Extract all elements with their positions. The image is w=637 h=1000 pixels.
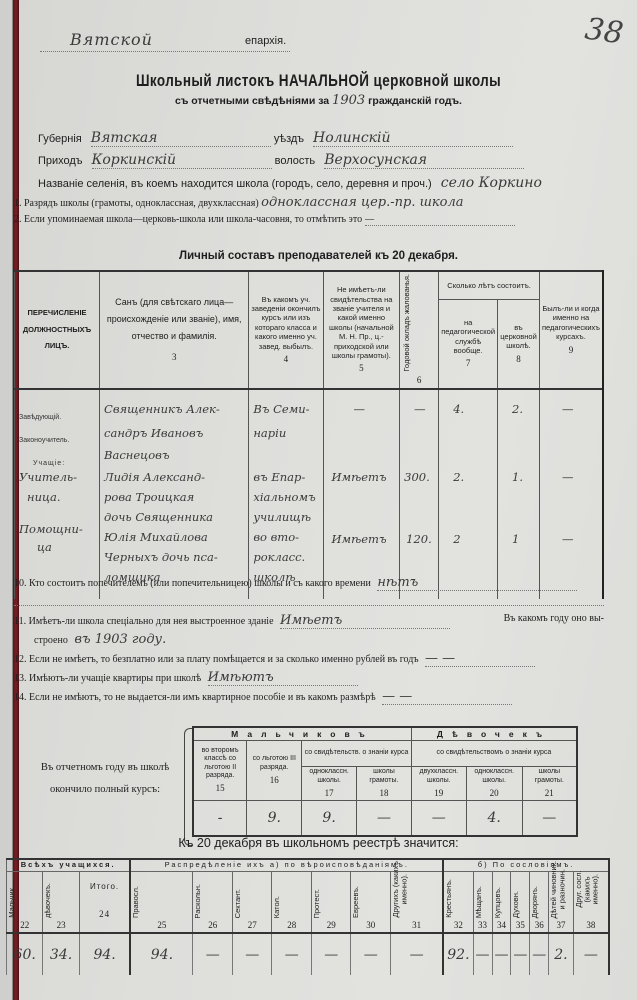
question-11-year: строено въ 1903 году.	[34, 632, 624, 648]
grad-col-20: одноклассн. школы.20	[466, 767, 522, 801]
church-school-label: 2. Если упоминаемая школа—церковь-школа …	[14, 214, 362, 225]
reg-col-32: Крестьянъ.32	[443, 871, 473, 933]
settlement-row: Названіе селенія, въ коемъ находится шко…	[38, 175, 637, 193]
grad-col-21: школы грамоты.21	[522, 767, 577, 801]
page-number: 38	[583, 12, 626, 52]
gubernia-value: Вятская	[91, 130, 271, 147]
question-11-year-value: въ 1903 году.	[74, 632, 166, 647]
grad-col-15: во второмъ классѣ со льготою II разряда.…	[193, 741, 247, 801]
eparchy-value: Вятской	[70, 30, 153, 49]
question-12: 12. Если не имѣетъ, то безплатно или за …	[14, 651, 604, 667]
grad-col-16: со льготою III разряда.16	[247, 741, 302, 801]
grad-col-18: школы грамоты.18	[357, 767, 412, 801]
registry-values-row: 60. 34. 94. 94. — — — — — — 92. — — — — …	[7, 933, 610, 975]
document-page: Вятской епархія. 38 Школьный листокъ НАЧ…	[0, 0, 637, 1000]
names-cell: Священникъ Алек- сандръ Ивановъ Васнецов…	[100, 389, 249, 599]
header-education: Въ какомъ уч. заведеніи окончилъ курсъ и…	[249, 271, 323, 389]
question-14-value: — —	[382, 689, 512, 705]
header-years-total: на педагогической службѣ вообще.7	[439, 299, 498, 389]
group-all-students: Всѣхъ учащихся.	[7, 859, 131, 871]
volost-value: Верхосунская	[324, 152, 524, 169]
volost-label: волость	[275, 155, 316, 167]
prikhod-label: Приходъ	[38, 155, 82, 167]
staff-rows: Завѣдующій. Законоучитель. Учащіе: Учите…	[15, 389, 604, 599]
settlement-value: село Коркино	[441, 175, 542, 191]
settlement-label: Названіе селенія, въ коемъ находится шко…	[38, 178, 432, 190]
church-school-value: —	[365, 214, 515, 226]
brace	[184, 728, 192, 846]
reg-col-38: Друг. сосл. (какихъ именно).38	[573, 871, 609, 933]
question-10-continuation-line	[14, 600, 604, 606]
question-11: 11. Имѣетъ-ли школа спеціально для нея в…	[14, 613, 604, 629]
reg-col-33: Мѣщанъ.33	[473, 871, 492, 933]
school-category-label: 1. Разрядъ школы (грамоты, одноклассная,…	[14, 198, 259, 209]
question-13: 13. Имѣютъ-ли учащіе квартиры при школѣ …	[14, 670, 604, 686]
boys-header: Мальчиковъ	[193, 727, 411, 741]
graduates-values-row: - 9. 9. — — 4. —	[193, 800, 577, 836]
uezd-label: уѣздъ	[274, 133, 304, 145]
header-years-church: въ церковной школѣ.8	[498, 299, 540, 389]
question-10: 10. Кто состоитъ попечителемъ (или попеч…	[14, 575, 604, 591]
document-subtitle: съ отчетными свѣдѣніями за 1903 гражданс…	[0, 93, 637, 108]
document-title: Школьный листокъ НАЧАЛЬНОЙ церковной шко…	[0, 71, 637, 90]
reg-col-30: Евреевъ.30	[351, 871, 391, 933]
school-category-value: одноклассная цер.-пр. школа	[261, 195, 463, 210]
question-11-value: Имѣетъ	[280, 613, 450, 629]
reg-col-37: Дѣтей чиновник. и разночин.37	[549, 871, 574, 933]
years-church-cell: 2. 1. 1	[498, 389, 540, 599]
prikhod-value: Коркинскій	[92, 152, 272, 169]
report-year: 1903	[332, 93, 365, 108]
reg-col-25: Правосл.25	[130, 871, 193, 933]
reg-col-28: Катол.28	[272, 871, 312, 933]
header-years: Сколько лѣтъ состоитъ.	[439, 271, 540, 299]
reg-col-27: Сектант.27	[232, 871, 272, 933]
reg-col-35: Духовн.35	[511, 871, 530, 933]
reg-col-22: Мальчик.22	[7, 871, 43, 933]
registry-table: Всѣхъ учащихся. Распредѣленіе ихъ а) по …	[6, 858, 610, 975]
certificate-cell: — Имѣетъ Имѣетъ	[323, 389, 400, 599]
reg-col-24: Итого.24	[79, 871, 130, 933]
question-10-value: нѣтъ	[377, 575, 577, 591]
header-name: Санъ (для свѣтскаго лица—происхожденіе и…	[100, 271, 249, 389]
grad-col-17: одноклассн. школы.17	[302, 767, 357, 801]
header-positions: ПЕРЕЧИСЛЕНІЕ ДОЛЖНОСТНЫХЪ ЛИЦЪ.	[15, 271, 100, 389]
staff-table: ПЕРЕЧИСЛЕНІЕ ДОЛЖНОСТНЫХЪ ЛИЦЪ. Санъ (дл…	[14, 270, 604, 599]
question-12-value: — —	[425, 651, 535, 667]
question-14: 14. Если не имѣютъ, то не выдается-ли им…	[14, 689, 604, 705]
reg-col-31: Другихъ (какихъ именно).31	[390, 871, 443, 933]
registry-section-title: Къ 20 декабря въ школьномъ реестрѣ значи…	[0, 836, 637, 850]
reg-col-23: дѣвочекъ.23	[43, 871, 79, 933]
reg-col-29: Протест.29	[311, 871, 351, 933]
courses-cell: — — —	[539, 389, 603, 599]
eparchy-label: епархія.	[245, 35, 286, 47]
header-salary: Годовой окладъ жалованья.6	[400, 271, 439, 389]
question-13-value: Имѣютъ	[208, 670, 358, 686]
prikhod-volost-row: Приходъ Коркинскій волость Верхосунская	[38, 152, 598, 170]
staff-section-title: Личный составъ преподавателей къ 20 дека…	[0, 250, 637, 262]
girls-cert-header: со свидѣтельствомъ о знаніи курса	[411, 741, 577, 767]
education-cell: Въ Семи- наріи въ Епар- хіальномъ училищ…	[249, 389, 323, 599]
grad-col-19: двухклассн. школы.19	[411, 767, 466, 801]
header-certificate: Не имѣетъ-ли свидѣтельства на званіе учи…	[323, 271, 400, 389]
gubernia-uezd-row: Губернія Вятская уѣздъ Нолинскій	[38, 130, 598, 148]
church-school-row: 2. Если упоминаемая школа—церковь-школа …	[14, 214, 634, 232]
years-total-cell: 4. 2. 2	[439, 389, 498, 599]
boys-cert-header: со свидѣтельств. о знаніи курса	[302, 741, 412, 767]
graduates-table: Мальчиковъ Дѣвочекъ во второмъ классѣ со…	[192, 726, 578, 837]
adjacent-page-edge	[0, 0, 13, 1000]
reg-col-34: Купцовъ.34	[492, 871, 511, 933]
header-courses: Былъ-ли и когда именно на педагогических…	[539, 271, 603, 389]
uezd-value: Нолинскій	[313, 130, 513, 147]
school-category-row: 1. Разрядъ школы (грамоты, одноклассная,…	[14, 195, 634, 213]
gubernia-label: Губернія	[38, 133, 82, 145]
positions-cell: Завѣдующій. Законоучитель. Учащіе: Учите…	[15, 389, 100, 599]
graduates-label: Въ отчетномъ году въ школѣ окончило полн…	[30, 757, 180, 801]
girls-header: Дѣвочекъ	[411, 727, 577, 741]
reg-col-36: Дворянъ.36	[530, 871, 549, 933]
reg-col-26: Раскольн.26	[193, 871, 233, 933]
salary-cell: — 300. 120.	[400, 389, 439, 599]
